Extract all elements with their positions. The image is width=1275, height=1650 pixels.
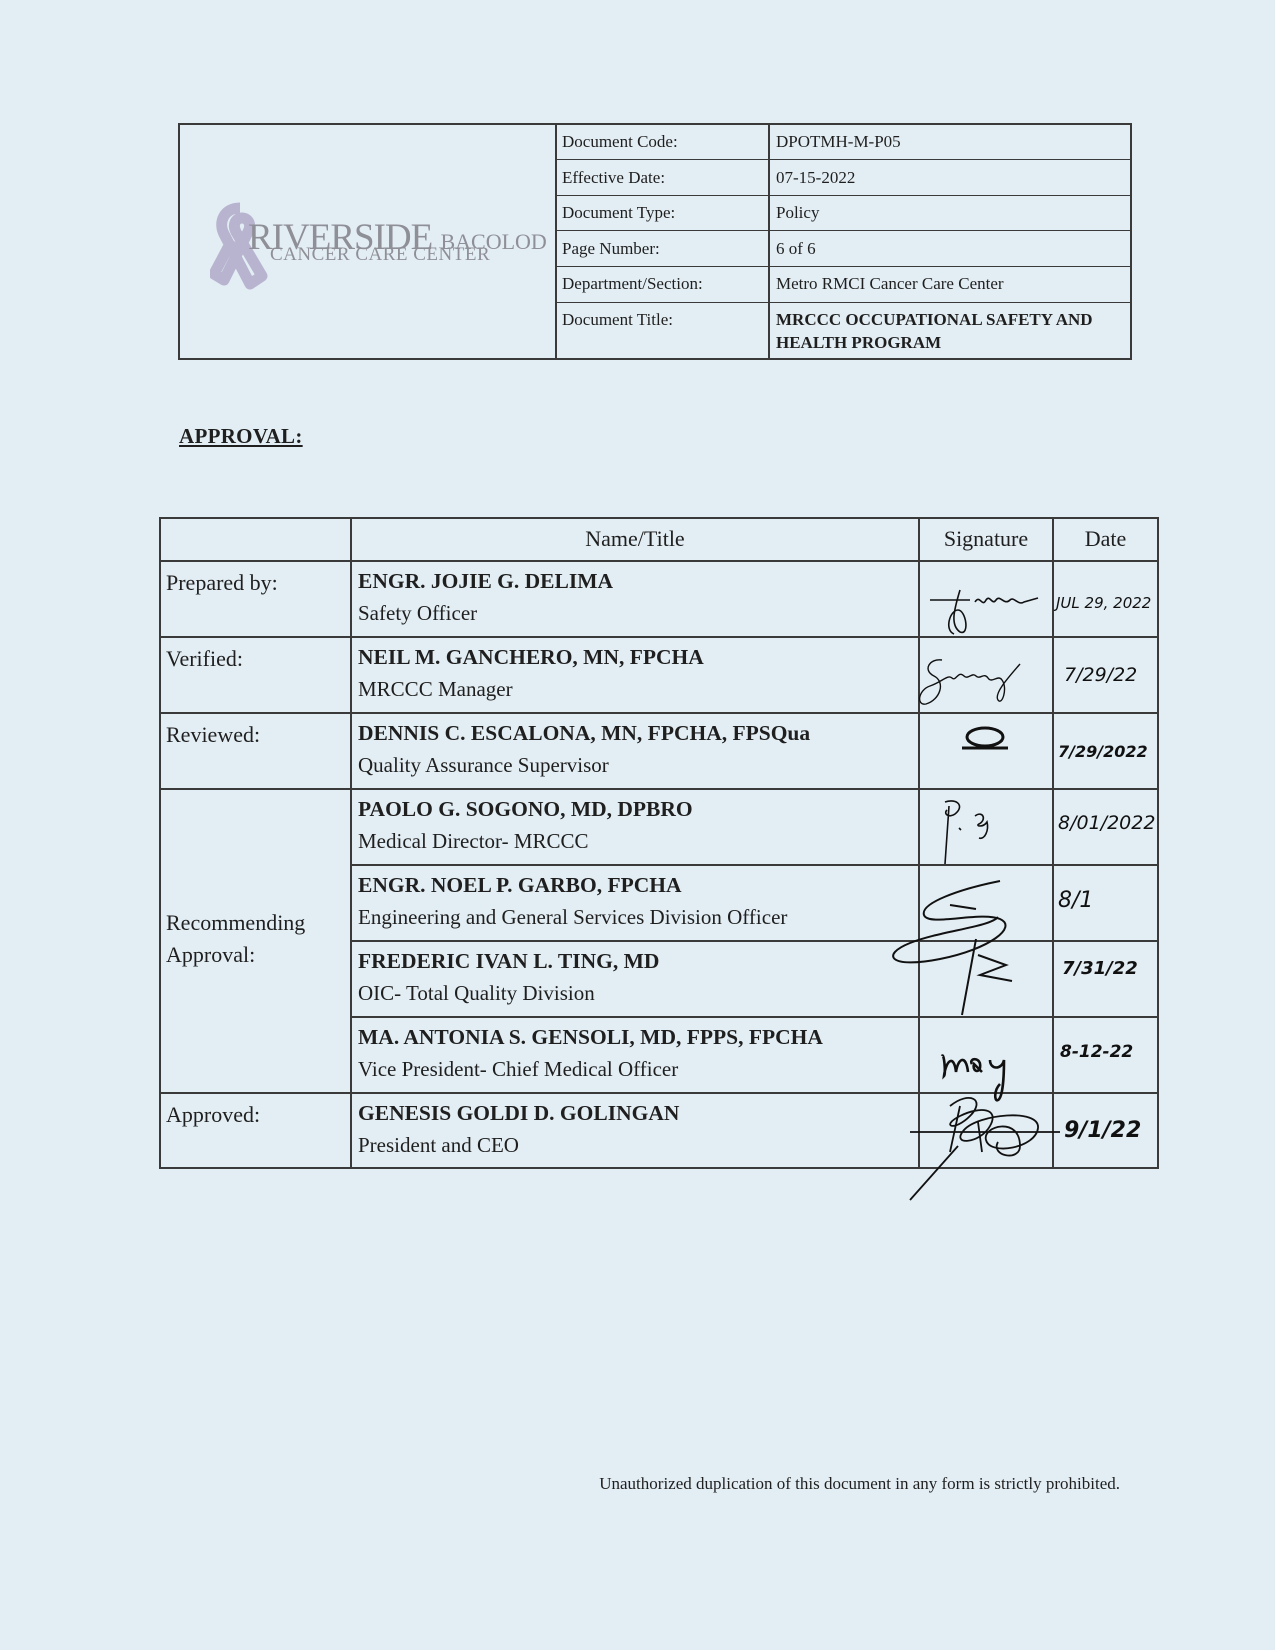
signatory-name: ENGR. NOEL P. GARBO, FPCHA (358, 873, 682, 898)
signed-date: JUL 29, 2022 (1056, 594, 1151, 612)
signed-date: 9/1/22 (1064, 1118, 1141, 1143)
column-header-date: Date (1053, 526, 1158, 552)
signature-mark (912, 650, 1032, 712)
page-number-label: Page Number: (562, 239, 660, 259)
duplication-notice: Unauthorized duplication of this documen… (599, 1474, 1120, 1494)
doc-title-label: Document Title: (562, 310, 673, 330)
signed-date: 8-12-22 (1060, 1042, 1133, 1062)
role-reviewed: Reviewed: (166, 722, 260, 748)
signed-date: 7/29/2022 (1058, 742, 1148, 761)
column-header-signature: Signature (919, 526, 1053, 552)
signatory-name: DENNIS C. ESCALONA, MN, FPCHA, FPSQua (358, 721, 810, 746)
approval-heading: APPROVAL: (179, 424, 303, 449)
doc-code-label: Document Code: (562, 132, 678, 152)
role-recommending-line1: Recommending (166, 910, 305, 936)
signature-mark (880, 875, 1020, 1025)
signatory-title: Medical Director- MRCCC (358, 829, 589, 854)
signatory-name: PAOLO G. SOGONO, MD, DPBRO (358, 797, 693, 822)
signature-mark (920, 580, 1055, 640)
department-value: Metro RMCI Cancer Care Center (776, 274, 1004, 294)
doc-code-value: DPOTMH-M-P05 (776, 132, 901, 152)
signed-date: 7/31/22 (1062, 958, 1138, 979)
signature-mark (935, 792, 1015, 870)
signed-date: 7/29/22 (1064, 664, 1137, 686)
signatory-title: Engineering and General Services Divisio… (358, 905, 787, 930)
effective-date-value: 07-15-2022 (776, 168, 855, 188)
signatory-name: GENESIS GOLDI D. GOLINGAN (358, 1101, 679, 1126)
doc-type-value: Policy (776, 203, 819, 223)
effective-date-label: Effective Date: (562, 168, 665, 188)
doc-title-value: MRCCC OCCUPATIONAL SAFETY AND HEALTH PRO… (776, 308, 1126, 354)
department-label: Department/Section: (562, 274, 703, 294)
doc-type-label: Document Type: (562, 203, 675, 223)
role-prepared-by: Prepared by: (166, 570, 278, 596)
company-logo: RIVERSIDE BACOLOD CANCER CARE CENTER (210, 200, 540, 290)
page-number-value: 6 of 6 (776, 239, 816, 259)
role-recommending-line2: Approval: (166, 942, 255, 968)
signature-mark (890, 1086, 1065, 1206)
role-verified: Verified: (166, 646, 243, 672)
logo-subtitle: CANCER CARE CENTER (270, 244, 490, 266)
role-approved: Approved: (166, 1102, 260, 1128)
signed-date: 8/01/2022 (1058, 812, 1155, 834)
signatory-name: NEIL M. GANCHERO, MN, FPCHA (358, 645, 704, 670)
signatory-title: Safety Officer (358, 601, 477, 626)
signed-date: 8/1 (1058, 888, 1093, 913)
signatory-title: President and CEO (358, 1133, 519, 1158)
signatory-title: OIC- Total Quality Division (358, 981, 595, 1006)
signatory-name: MA. ANTONIA S. GENSOLI, MD, FPPS, FPCHA (358, 1025, 823, 1050)
signatory-name: FREDERIC IVAN L. TING, MD (358, 949, 659, 974)
signatory-title: Vice President- Chief Medical Officer (358, 1057, 678, 1082)
signatory-name: ENGR. JOJIE G. DELIMA (358, 569, 613, 594)
column-header-name-title: Name/Title (351, 526, 919, 552)
signature-mark (950, 722, 1020, 758)
signatory-title: Quality Assurance Supervisor (358, 753, 609, 778)
signatory-title: MRCCC Manager (358, 677, 513, 702)
